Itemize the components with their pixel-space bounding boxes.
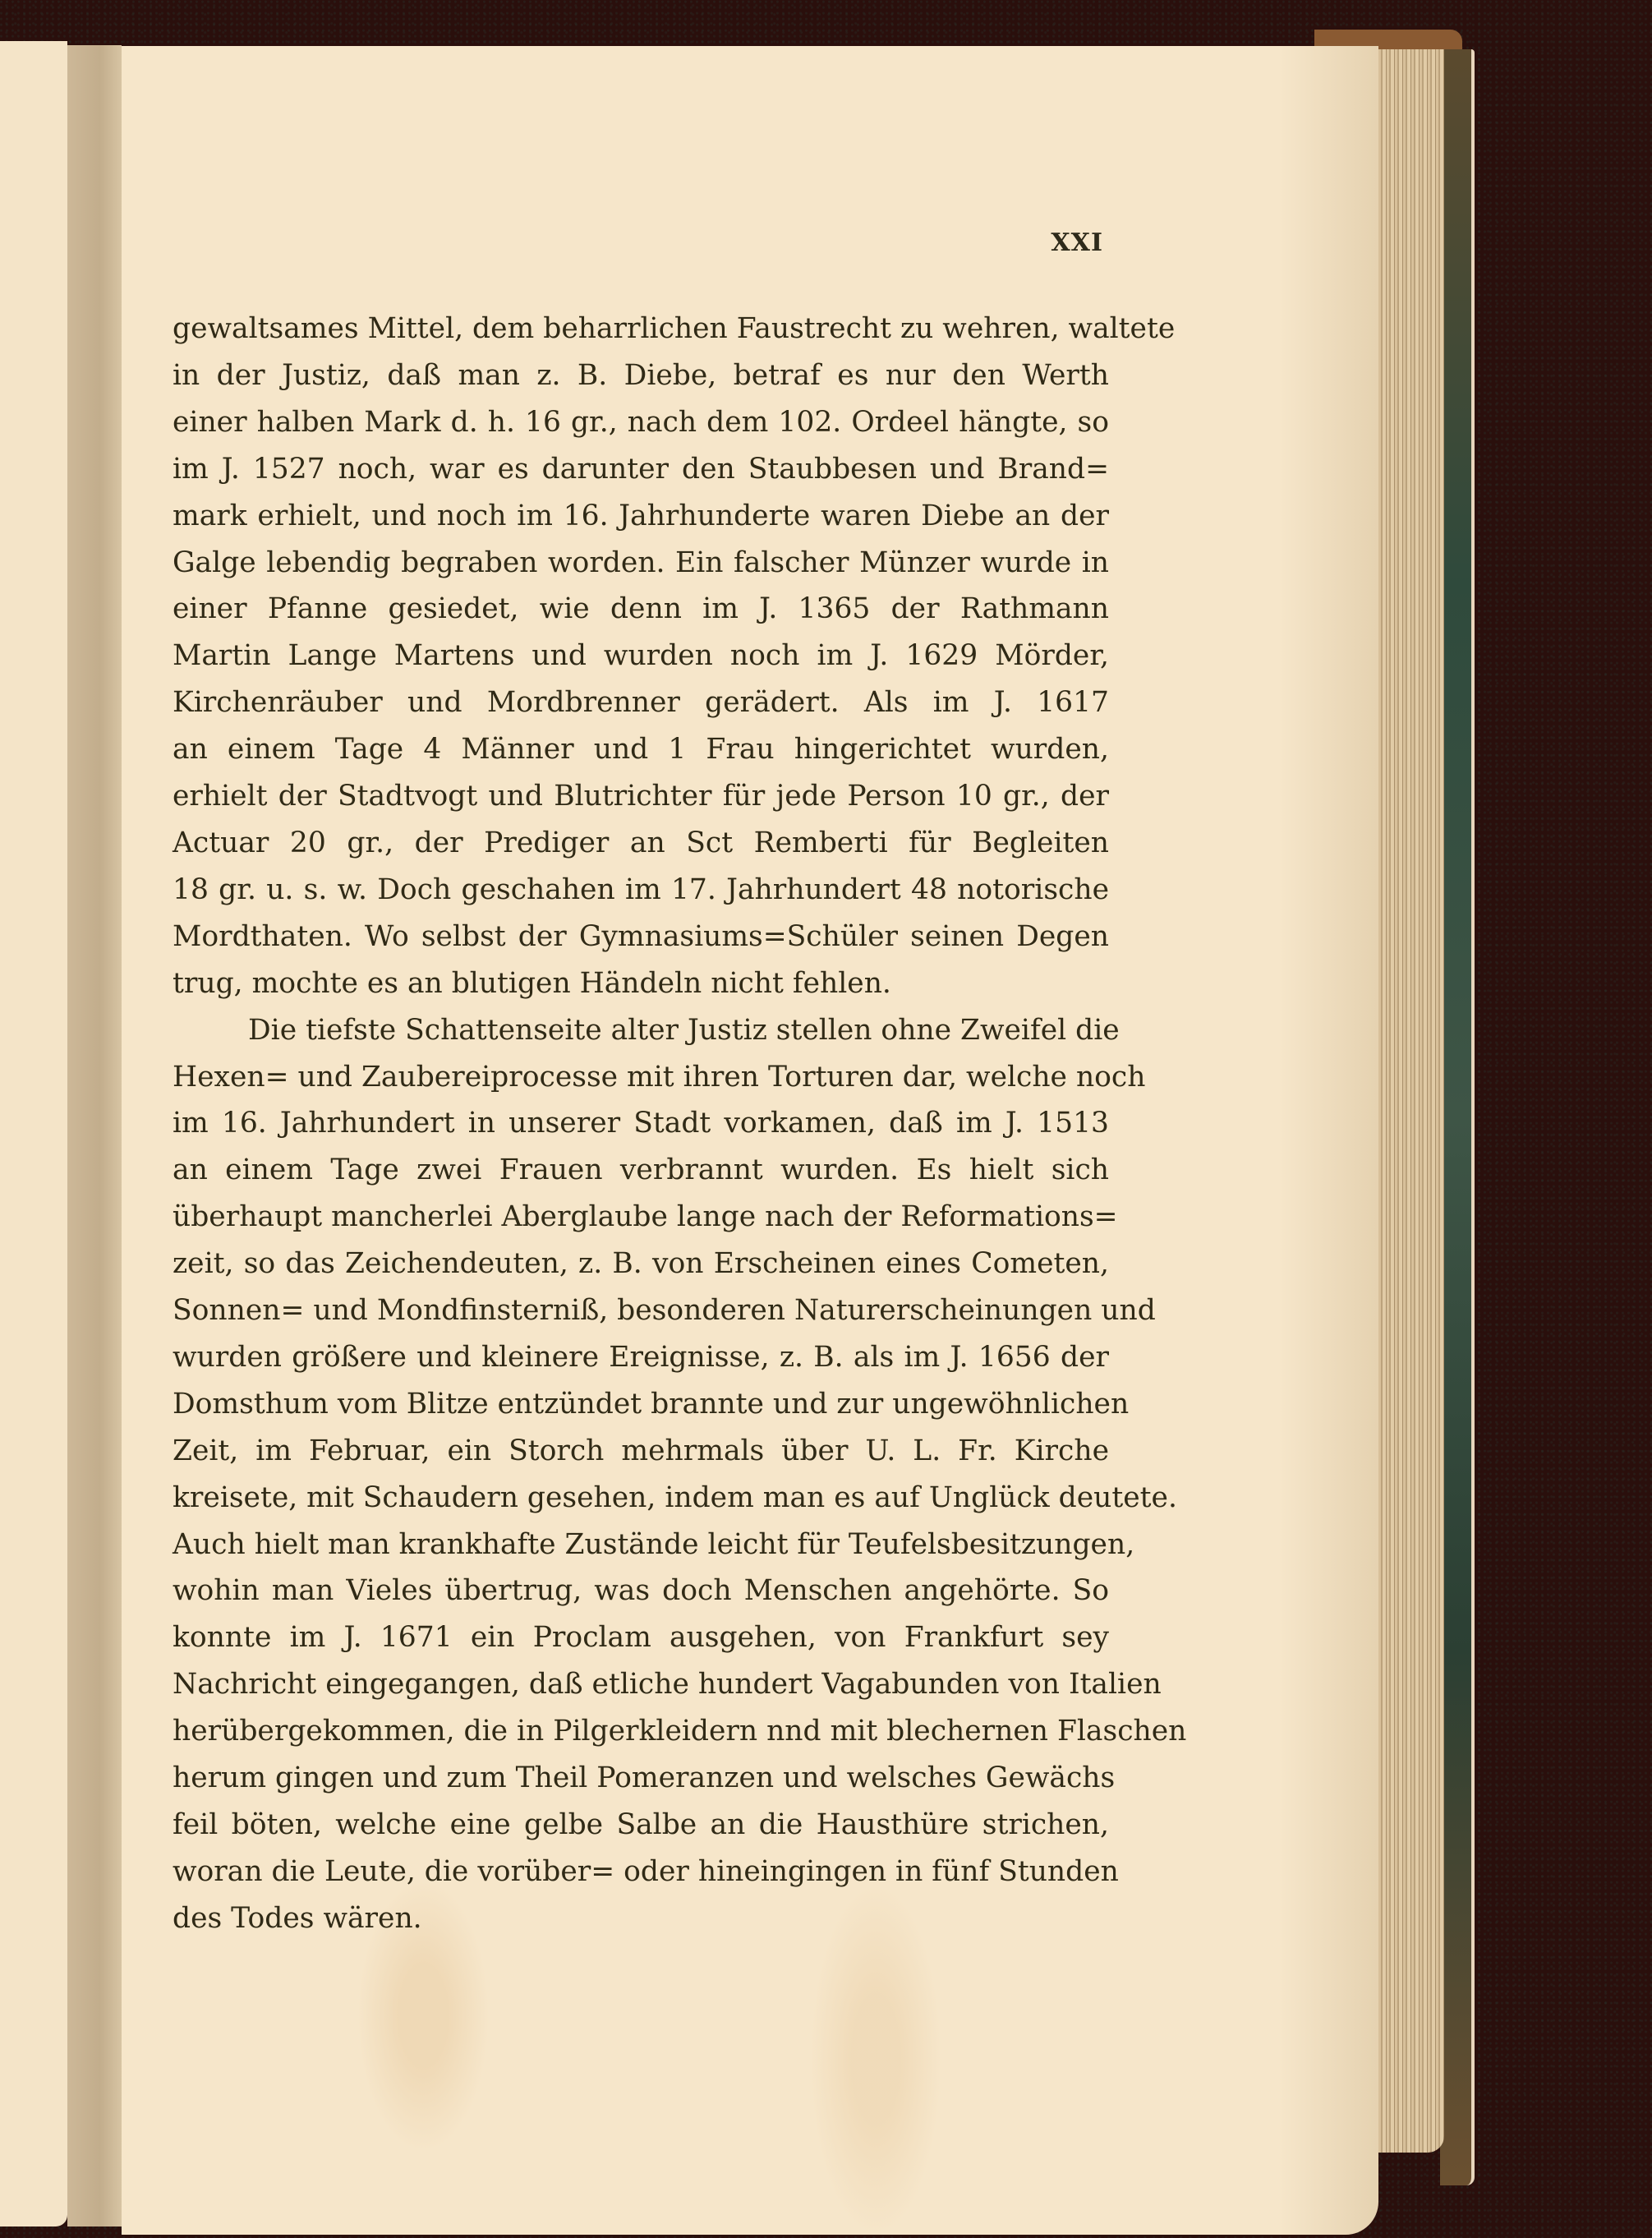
text-line: Kirchenräuber und Mordbrenner gerädert. … — [173, 679, 1109, 726]
text-line: Nachricht eingegangen, daß etliche hunde… — [173, 1661, 1109, 1708]
text-line: zeit, so das Zeichendeuten, z. B. von Er… — [173, 1241, 1109, 1287]
text-line: woran die Leute, die vorüber= oder hinei… — [173, 1849, 1109, 1895]
text-line: kreisete, mit Schaudern gesehen, indem m… — [173, 1475, 1109, 1522]
text-line: des Todes wären. — [173, 1895, 1109, 1942]
text-line: einer halben Mark d. h. 16 gr., nach dem… — [173, 399, 1109, 446]
page-number: XXI — [1051, 228, 1103, 257]
text-line: wurden größere und kleinere Ereignisse, … — [173, 1334, 1109, 1381]
text-line: erhielt der Stadtvogt und Blutrichter fü… — [173, 773, 1109, 820]
text-line: herum gingen und zum Theil Pomeranzen un… — [173, 1755, 1109, 1802]
text-line: trug, mochte es an blutigen Händeln nich… — [173, 960, 1109, 1007]
text-line: Domsthum vom Blitze entzündet brannte un… — [173, 1381, 1109, 1428]
text-line: Hexen= und Zaubereiprocesse mit ihren To… — [173, 1054, 1109, 1101]
paragraph: Die tiefste Schattenseite alter Justiz s… — [173, 1007, 1109, 1942]
text-line: überhaupt mancherlei Aberglaube lange na… — [173, 1194, 1109, 1241]
text-line: mark erhielt, und noch im 16. Jahrhunder… — [173, 493, 1109, 540]
gutter-shadow — [67, 45, 122, 2226]
text-line: konnte im J. 1671 ein Proclam ausgehen, … — [173, 1614, 1109, 1661]
text-line: gewaltsames Mittel, dem beharrlichen Fau… — [173, 306, 1109, 352]
page-stack-fore-edge — [1378, 49, 1444, 2153]
previous-page-edge — [0, 41, 67, 2226]
text-line: feil böten, welche eine gelbe Salbe an d… — [173, 1802, 1109, 1849]
text-line: Sonnen= und Mondfinsterniß, besonderen N… — [173, 1287, 1109, 1334]
text-line: einer Pfanne gesiedet, wie denn im J. 13… — [173, 586, 1109, 633]
text-line: in der Justiz, daß man z. B. Diebe, betr… — [173, 352, 1109, 399]
text-line: im 16. Jahrhundert in unserer Stadt vork… — [173, 1100, 1109, 1147]
text-line: Martin Lange Martens und wurden noch im … — [173, 633, 1109, 679]
text-line: Mordthaten. Wo selbst der Gymnasiums=Sch… — [173, 914, 1109, 960]
text-line: Die tiefste Schattenseite alter Justiz s… — [173, 1007, 1109, 1054]
text-line: wohin man Vieles übertrug, was doch Mens… — [173, 1568, 1109, 1614]
text-line: Auch hielt man krankhafte Zustände leich… — [173, 1522, 1109, 1568]
paragraph: gewaltsames Mittel, dem beharrlichen Fau… — [173, 306, 1109, 1007]
text-line: Zeit, im Februar, ein Storch mehrmals üb… — [173, 1428, 1109, 1475]
text-line: herübergekommen, die in Pilgerkleidern n… — [173, 1708, 1109, 1755]
text-line: Actuar 20 gr., der Prediger an Sct Rembe… — [173, 820, 1109, 867]
marbled-cover-edge — [1440, 49, 1475, 2185]
text-line: an einem Tage zwei Frauen verbrannt wurd… — [173, 1147, 1109, 1194]
body-text: gewaltsames Mittel, dem beharrlichen Fau… — [173, 306, 1109, 1942]
text-line: an einem Tage 4 Männer und 1 Frau hinger… — [173, 726, 1109, 773]
text-line: im J. 1527 noch, war es darunter den Sta… — [173, 446, 1109, 493]
book-scan: XXI gewaltsames Mittel, dem beharrlichen… — [0, 0, 1652, 2238]
text-line: Galge lebendig begraben worden. Ein fals… — [173, 540, 1109, 587]
text-line: 18 gr. u. s. w. Doch geschahen im 17. Ja… — [173, 867, 1109, 914]
